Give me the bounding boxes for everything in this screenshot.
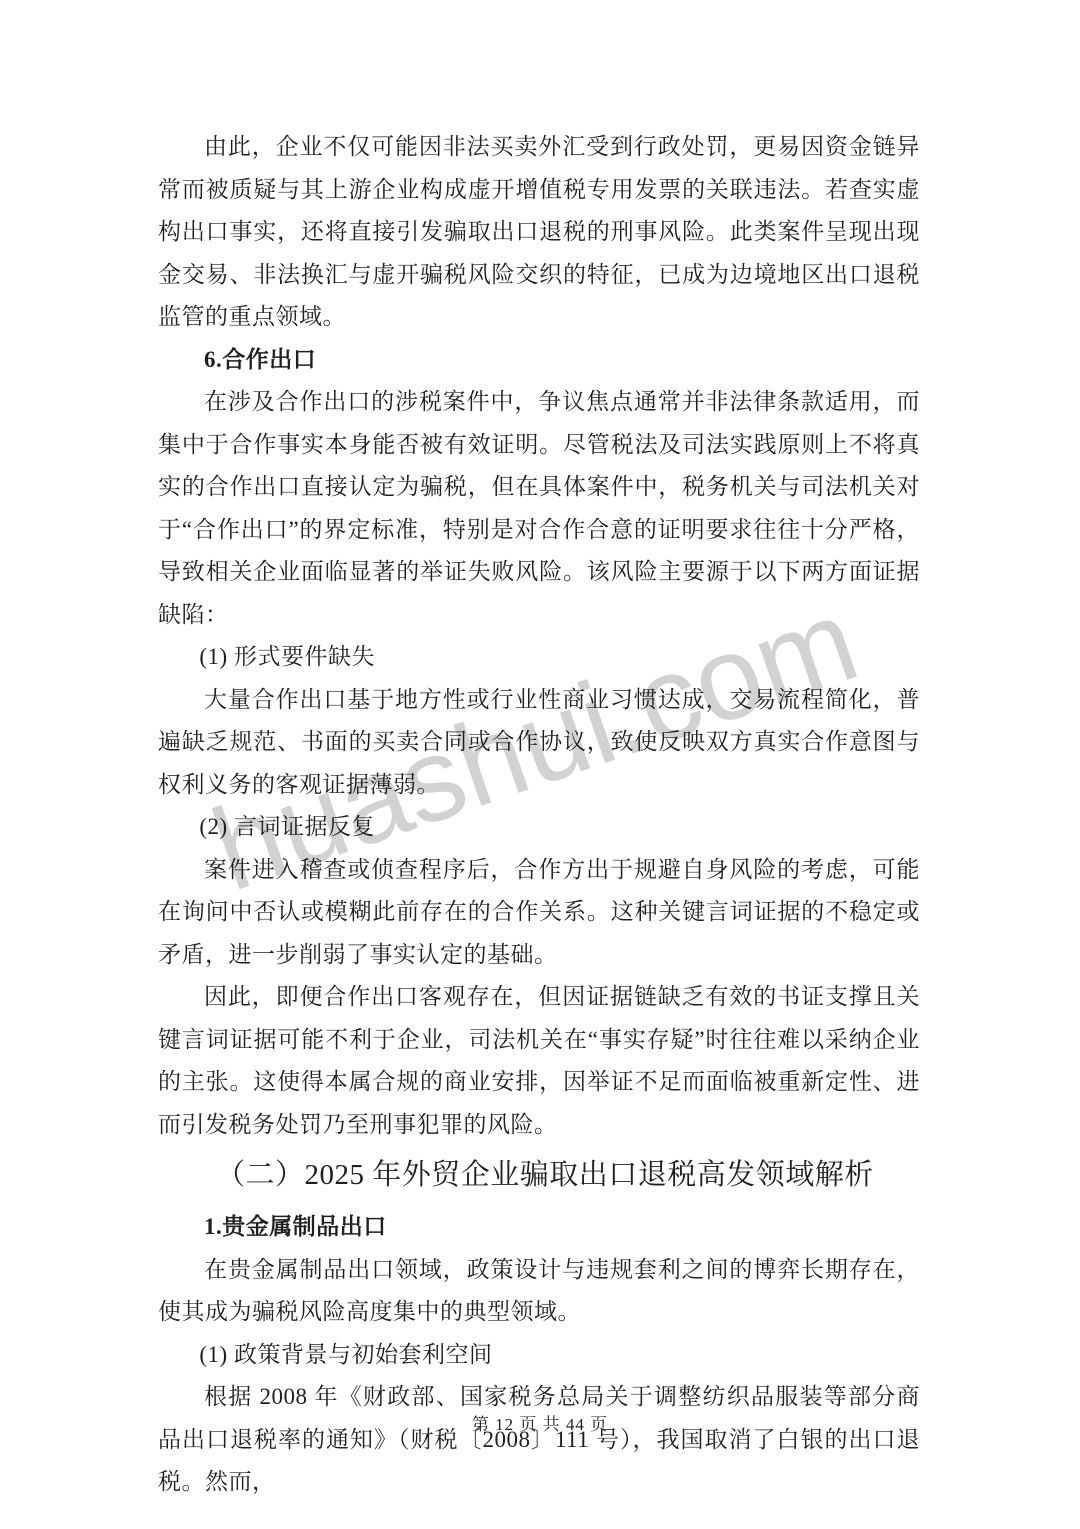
section-heading: （二）2025 年外贸企业骗取出口退税高发领域解析: [158, 1151, 920, 1199]
sub-heading: (1) 政策背景与初始套利空间: [158, 1334, 920, 1377]
numbered-heading: 1.贵金属制品出口: [158, 1206, 920, 1249]
paragraph: 在涉及合作出口的涉税案件中，争议焦点通常并非法律条款适用，而集中于合作事实本身能…: [158, 381, 920, 636]
sub-heading: (1) 形式要件缺失: [158, 636, 920, 679]
sub-heading: (2) 言词证据反复: [158, 806, 920, 849]
numbered-heading: 6.合作出口: [158, 339, 920, 382]
document-body: 由此，企业不仅可能因非法买卖外汇受到行政处罚，更易因资金链异常而被质疑与其上游企…: [158, 126, 920, 1504]
document-page: huashui.com 由此，企业不仅可能因非法买卖外汇受到行政处罚，更易因资金…: [0, 0, 1080, 1529]
page-footer: 第 12 页 共 44 页: [0, 1412, 1080, 1438]
paragraph: 大量合作出口基于地方性或行业性商业习惯达成，交易流程简化，普遍缺乏规范、书面的买…: [158, 679, 920, 807]
paragraph: 由此，企业不仅可能因非法买卖外汇受到行政处罚，更易因资金链异常而被质疑与其上游企…: [158, 126, 920, 339]
paragraph: 根据 2008 年《财政部、国家税务总局关于调整纺织品服装等部分商品出口退税率的…: [158, 1376, 920, 1504]
paragraph: 案件进入稽查或侦查程序后，合作方出于规避自身风险的考虑，可能在询问中否认或模糊此…: [158, 849, 920, 977]
paragraph: 在贵金属制品出口领域，政策设计与违规套利之间的博弈长期存在，使其成为骗税风险高度…: [158, 1249, 920, 1334]
paragraph: 因此，即便合作出口客观存在，但因证据链缺乏有效的书证支撑且关键言词证据可能不利于…: [158, 976, 920, 1146]
